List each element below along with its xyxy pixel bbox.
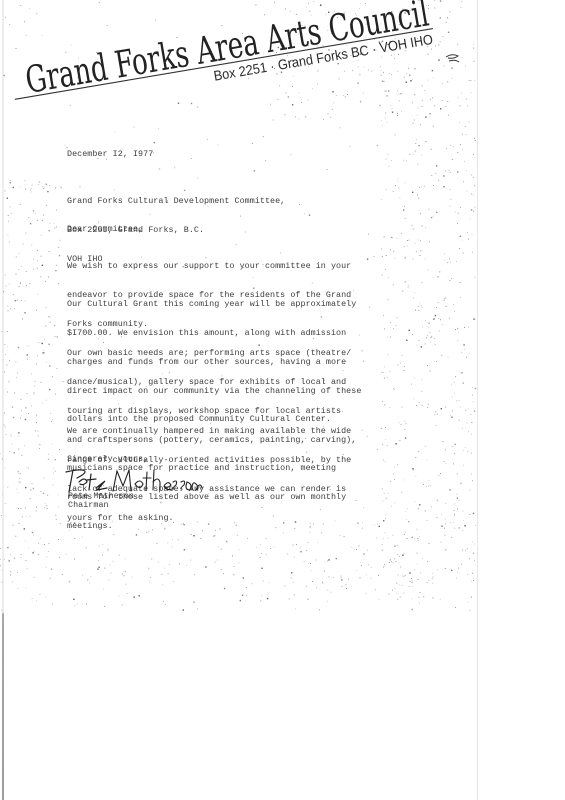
paragraph-line: We wish to express our support to your c… (67, 262, 351, 272)
paragraph-line: yours for the asking. (67, 514, 351, 524)
letterhead: Grand Forks Area Arts Council Box 2251 ·… (0, 0, 477, 120)
paragraph-line: We are continually hampered in making av… (67, 427, 351, 437)
page-edge-shadow (2, 0, 4, 800)
paragraph-line: Our Cultural Grant this coming year will… (67, 300, 361, 310)
letter-date: December I2, I977 (67, 150, 153, 160)
closing: Sincerely yours, (67, 455, 148, 465)
signer-title: Chairman (68, 501, 109, 511)
recipient-line: Grand Forks Cultural Development Committ… (67, 197, 285, 207)
scanned-letter-page: Grand Forks Area Arts Council Box 2251 ·… (0, 0, 478, 800)
salutation: Dear Committee, (67, 225, 143, 235)
paragraph-line: Our own basic needs are; performing arts… (67, 349, 356, 359)
letterhead-mark (446, 55, 459, 62)
paragraph-line: dance/musical), gallery space for exhibi… (67, 378, 356, 388)
